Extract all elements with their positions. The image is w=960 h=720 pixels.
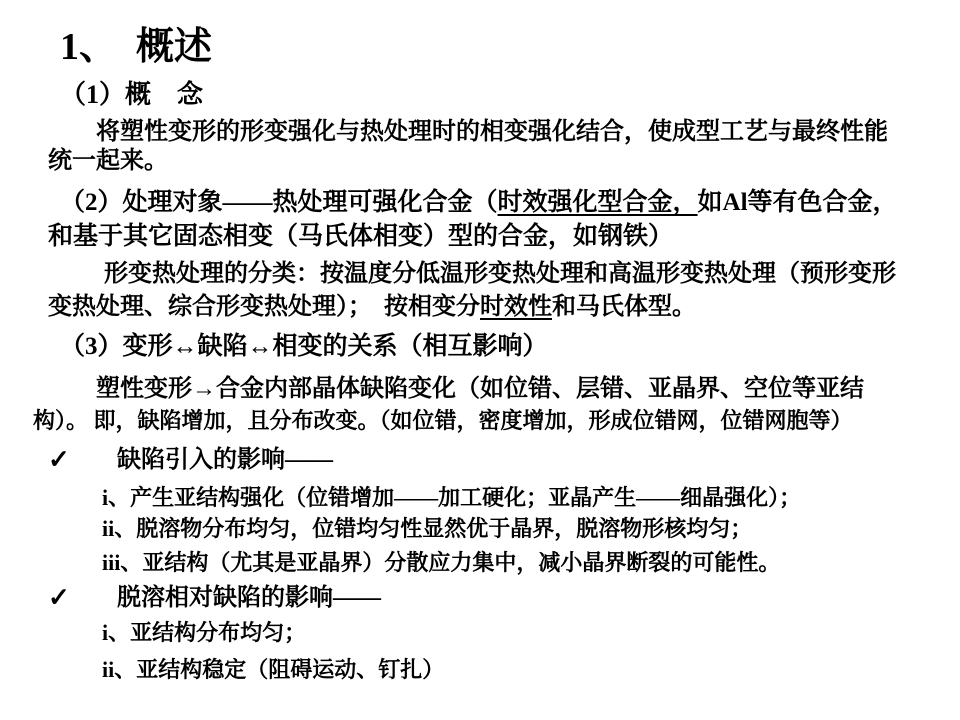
section3-paragraph-line2: 构）。 即，缺陷增加，且分布改变。（如位错，密度增加，形成位错网，位错网胞等） — [33, 408, 853, 433]
section2-classification-line2-post: 和马氏体型。 — [552, 294, 696, 320]
checkmark-icon: ✓ — [48, 447, 70, 473]
section2-classification-line2-pre: 变热处理、综合形变热处理）； 按相变分 — [48, 294, 480, 320]
section3-heading: （3）变形↔缺陷↔相变的关系（相互影响） — [60, 333, 548, 362]
section2-classification-line2-underlined: 时效性 — [480, 294, 552, 320]
section1-paragraph-line1: 将塑性变形的形变强化与热处理时的相变强化结合，使成型工艺与最终性能 — [96, 119, 888, 147]
section1-paragraph-line2: 统一起来。 — [48, 148, 168, 176]
bullet1-label: 缺陷引入的影响—— — [117, 447, 333, 475]
bullet1-item-1: i、产生亚结构强化（位错增加——加工硬化；亚晶产生——细晶强化）； — [102, 485, 801, 510]
section2-line1-pre: （2）处理对象——热处理可强化合金（ — [60, 189, 498, 216]
section2-line1-post: 如Al等有色合金， — [698, 189, 898, 216]
section2-line1-underlined: 时效强化型合金， — [498, 189, 698, 216]
section1-heading: （1）概 念 — [60, 80, 203, 110]
bullet2-item-1: i、亚结构分布均匀； — [102, 620, 306, 645]
bullet2-label: 脱溶相对缺陷的影响—— — [117, 585, 381, 613]
bullet1-item-3: iii、亚结构（尤其是亚晶界）分散应力集中，减小晶界断裂的可能性。 — [102, 550, 780, 575]
bullet2-item-2: ii、亚结构稳定（阻碍运动、钉扎） — [102, 657, 444, 682]
checkmark-icon: ✓ — [48, 585, 70, 611]
section3-paragraph-line1: 塑性变形→合金内部晶体缺陷变化（如位错、层错、亚晶界、空位等亚结 — [96, 376, 864, 404]
section2-line1: （2）处理对象——热处理可强化合金（时效强化型合金，如Al等有色合金， — [60, 189, 898, 218]
section2-classification-line2: 变热处理、综合形变热处理）； 按相变分时效性和马氏体型。 — [48, 294, 696, 322]
section2-line2: 和基于其它固态相变（马氏体相变）型的合金，如钢铁） — [48, 223, 673, 252]
slide-title: 1、 概述 — [60, 26, 212, 70]
section2-classification-line1: 形变热处理的分类：按温度分低温形变热处理和高温形变热处理（预形变形 — [104, 261, 896, 289]
presentation-slide: 1、 概述 （1）概 念 将塑性变形的形变强化与热处理时的相变强化结合，使成型工… — [0, 0, 960, 720]
bullet1-item-2: ii、脱溶物分布均匀，位错均匀性显然优于晶界，脱溶物形核均匀； — [102, 516, 752, 541]
